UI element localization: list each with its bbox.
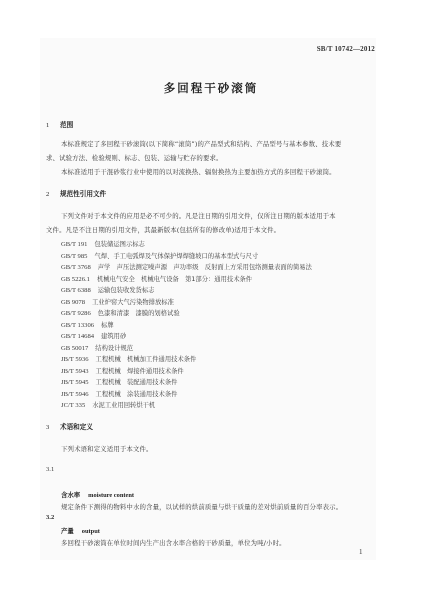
reference-title: 气焊、手工电弧焊及气体保护焊焊缝坡口的基本型式与尺寸 (94, 253, 258, 260)
term-number: 3.2 (46, 514, 54, 521)
reference-code: JB/T 5945 (61, 379, 89, 386)
references-intro-line: 文件。凡是不注日期的引用文件，其最新版本(包括所有的修改单)适用于本文件。 (46, 225, 280, 234)
reference-code: GB 50017 (61, 345, 88, 352)
term-zh: 产量 (61, 527, 74, 535)
page-number: 1 (359, 548, 363, 556)
reference-title: 工程机械 装配通用技术条件 (96, 379, 178, 386)
reference-item: GB 9078工业炉窑大气污染物排放标准 (61, 297, 174, 306)
reference-title: 水泥工业用回转烘干机 (92, 402, 155, 409)
reference-title: 工业炉窑大气污染物排放标准 (92, 299, 174, 306)
reference-item: GB/T 14684建筑用砂 (61, 331, 126, 340)
reference-code: JB/T 5936 (61, 356, 89, 363)
reference-title: 声学 声压法测定噪声源 声功率级 反射面上方采用包络测量表面的简易法 (98, 264, 312, 271)
reference-item: GB/T 6388运输包装收发货标志 (61, 285, 154, 294)
section-3-heading: 3术语和定义 (46, 421, 93, 431)
reference-item: JB/T 5946工程机械 涂装通用技术条件 (61, 389, 177, 398)
reference-title: 工程机械 涂装通用技术条件 (96, 391, 178, 398)
reference-title: 结构设计规范 (95, 345, 133, 352)
section-number: 3 (46, 424, 60, 431)
reference-item: GB 5226.1机械电气安全 机械电气设备 第1部分：通用技术条件 (61, 274, 252, 283)
section-title: 术语和定义 (60, 423, 93, 431)
section-1-heading: 1范围 (46, 119, 73, 129)
section-number: 1 (46, 122, 60, 129)
reference-code: JC/T 335 (61, 402, 85, 409)
reference-code: GB/T 9286 (61, 310, 91, 317)
term-en: output (82, 528, 100, 535)
reference-title: 色漆和清漆 漆膜的划格试验 (98, 310, 180, 317)
reference-code: GB/T 3768 (61, 264, 91, 271)
reference-code: GB 5226.1 (61, 276, 90, 283)
reference-item: GB 50017结构设计规范 (61, 343, 133, 352)
term-definition: 多回程干砂滚筒在单位时间内生产出含水率合格的干砂质量，单位为吨/小时。 (61, 538, 286, 547)
section-title: 规范性引用文件 (60, 190, 106, 198)
reference-item: GB/T 3768声学 声压法测定噪声源 声功率级 反射面上方采用包络测量表面的… (61, 262, 312, 271)
reference-code: GB/T 985 (61, 253, 87, 260)
reference-item: GB/T 13306标牌 (61, 320, 114, 329)
reference-item: GB/T 191包装储运图示标志 (61, 239, 145, 248)
reference-code: GB/T 191 (61, 241, 87, 248)
reference-code: GB/T 6388 (61, 287, 91, 294)
terms-intro: 下列术语和定义适用于本文件。 (61, 444, 153, 453)
section-number: 2 (46, 191, 60, 198)
scope-paragraph-line: 本标准规定了多回程干砂滚筒(以下简称“滚筒”)的产品型式和结构、产品型号与基本参… (61, 139, 341, 148)
reference-code: JB/T 5943 (61, 368, 89, 375)
reference-item: GB/T 985气焊、手工电弧焊及气体保护焊焊缝坡口的基本型式与尺寸 (61, 251, 258, 260)
section-2-heading: 2规范性引用文件 (46, 188, 106, 198)
term-en: moisture content (88, 492, 134, 499)
reference-code: JB/T 5946 (61, 391, 89, 398)
reference-code: GB 9078 (61, 299, 85, 306)
scope-paragraph-line: 本标准适用于干混砂浆行业中使用的以对流换热、辐射换热为主要加热方式的多回程干砂滚… (61, 167, 336, 176)
document-title: 多回程干砂滚筒 (0, 80, 422, 96)
reference-title: 工程机械 机械加工件通用技术条件 (96, 356, 197, 363)
section-title: 范围 (60, 121, 73, 129)
term-zh: 含水率 (61, 491, 80, 499)
reference-title: 包装储运图示标志 (94, 241, 144, 248)
reference-item: GB/T 9286色漆和清漆 漆膜的划格试验 (61, 308, 180, 317)
reference-title: 运输包装收发货标志 (98, 287, 155, 294)
reference-code: GB/T 13306 (61, 322, 94, 329)
reference-title: 建筑用砂 (101, 333, 126, 340)
reference-item: JB/T 5945工程机械 装配通用技术条件 (61, 377, 177, 386)
reference-item: JB/T 5943工程机械 焊接件通用技术条件 (61, 366, 184, 375)
standard-number: SB/T 10742—2012 (317, 45, 375, 53)
term-heading: 含水率moisture content (61, 490, 134, 499)
references-intro-line: 下列文件对于本文件的应用是必不可少的。凡是注日期的引用文件，仅所注日期的版本适用… (61, 211, 336, 220)
reference-item: JB/T 5936工程机械 机械加工件通用技术条件 (61, 354, 196, 363)
term-heading: 产量output (61, 526, 100, 535)
reference-title: 标牌 (101, 322, 114, 329)
reference-title: 工程机械 焊接件通用技术条件 (96, 368, 184, 375)
term-number: 3.1 (46, 466, 54, 473)
reference-code: GB/T 14684 (61, 333, 94, 340)
reference-title: 机械电气安全 机械电气设备 第1部分：通用技术条件 (97, 276, 252, 283)
scope-paragraph-line: 求、试验方法、检验规则、标志、包装、运输与贮存的要求。 (46, 153, 223, 162)
reference-item: JC/T 335水泥工业用回转烘干机 (61, 400, 155, 409)
term-definition: 规定条件下测得的物料中水的含量，以试样的烘前质量与烘干质量的差对烘前质量的百分率… (61, 502, 342, 511)
